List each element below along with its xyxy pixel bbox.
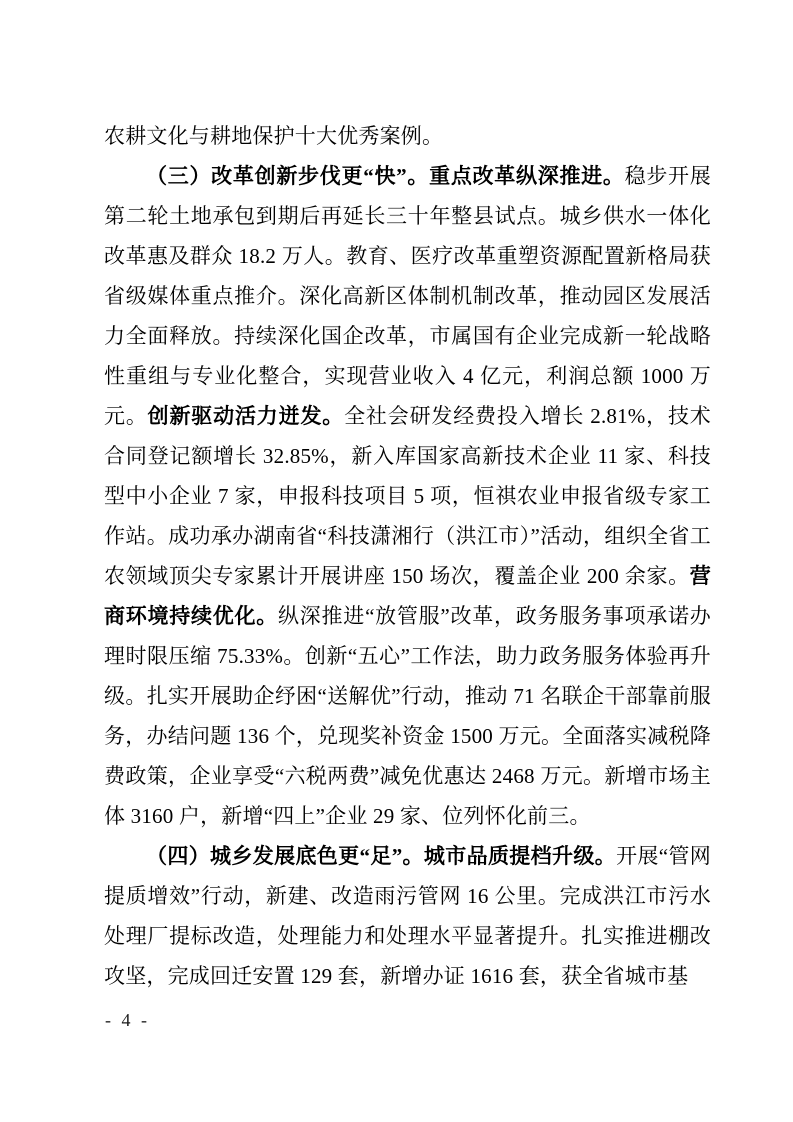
paragraph-section-four: （四）城乡发展底色更“足”。城市品质提档升级。开展“管网提质增效”行动，新建、改…: [104, 836, 711, 996]
body-text: 全社会研发经费投入增长 2.81%，技术合同登记额增长 32.85%，新入库国家…: [104, 404, 711, 588]
subheading-innovation: 创新驱动活力迸发。: [148, 404, 344, 428]
section-three-heading: （三）改革创新步伐更“快”。重点改革纵深推进。: [146, 164, 625, 188]
document-page: 农耕文化与耕地保护十大优秀案例。 （三）改革创新步伐更“快”。重点改革纵深推进。…: [0, 0, 793, 1122]
page-number: - 4 -: [105, 1006, 150, 1034]
body-text: 农耕文化与耕地保护十大优秀案例。: [104, 124, 443, 148]
paragraph-continuation: 农耕文化与耕地保护十大优秀案例。: [104, 116, 711, 156]
paragraph-section-three: （三）改革创新步伐更“快”。重点改革纵深推进。稳步开展第二轮土地承包到期后再延长…: [104, 156, 711, 836]
section-four-heading: （四）城乡发展底色更“足”。城市品质提档升级。: [146, 844, 616, 868]
body-text: 稳步开展第二轮土地承包到期后再延长三十年整县试点。城乡供水一体化改革惠及群众 1…: [104, 164, 711, 428]
body-text: 纵深推进“放管服”改革，政务服务事项承诺办理时限压缩 75.33%。创新“五心”…: [104, 604, 711, 828]
document-body: 农耕文化与耕地保护十大优秀案例。 （三）改革创新步伐更“快”。重点改革纵深推进。…: [104, 116, 711, 996]
